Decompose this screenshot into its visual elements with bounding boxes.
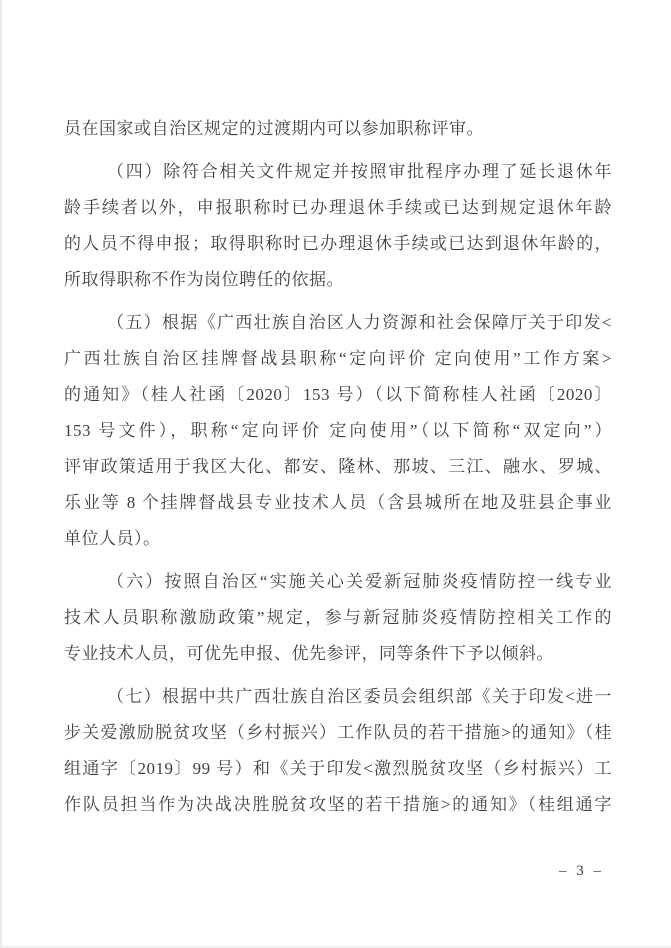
document-line: 所取得职称不作为岗位聘任的依据。	[64, 262, 612, 298]
paragraph-item-7: （七）根据中共广西壮族自治区委员会组织部《关于印发<进一 步关爱激励脱贫攻坚（乡…	[64, 679, 612, 823]
document-line: 153 号文件），职称“定向评价 定向使用”（以下简称“双定向”）	[64, 413, 612, 449]
document-line: 广西壮族自治区挂牌督战县职称“定向评价 定向使用”工作方案>	[64, 341, 612, 377]
document-line: 的通知》（桂人社函〔2020〕153 号）（以下简称桂人社函〔2020〕	[64, 377, 612, 413]
document-line: （七）根据中共广西壮族自治区委员会组织部《关于印发<进一	[64, 679, 612, 715]
scan-edge-artifact	[0, 0, 4, 948]
document-line: 乐业等 8 个挂牌督战县专业技术人员（含县城所在地及驻县企事业	[64, 485, 612, 521]
document-line: 作队员担当作为决战决胜脱贫攻坚的若干措施>的通知》（桂组通字	[64, 787, 612, 823]
document-page: 员在国家或自治区规定的过渡期内可以参加职称评审。 （四）除符合相关文件规定并按照…	[0, 0, 671, 948]
page-number: – 3 –	[559, 863, 604, 880]
document-line: 技术人员职称激励政策”规定，参与新冠肺炎疫情防控相关工作的	[64, 600, 612, 636]
document-line: 步关爱激励脱贫攻坚（乡村振兴）工作队员的若干措施>的通知》（桂	[64, 715, 612, 751]
document-line: 员在国家或自治区规定的过渡期内可以参加职称评审。	[64, 111, 612, 147]
document-line: （四）除符合相关文件规定并按照审批程序办理了延长退休年	[64, 154, 612, 190]
document-body: 员在国家或自治区规定的过渡期内可以参加职称评审。 （四）除符合相关文件规定并按照…	[64, 111, 612, 823]
document-line: 龄手续者以外，申报职称时已办理退休手续或已达到规定退休年龄	[64, 190, 612, 226]
document-line: 的人员不得申报；取得职称时已办理退休手续或已达到退休年龄的，	[64, 226, 612, 262]
document-line: 单位人员）。	[64, 521, 612, 557]
paragraph-item-5: （五）根据《广西壮族自治区人力资源和社会保障厅关于印发< 广西壮族自治区挂牌督战…	[64, 305, 612, 557]
paragraph-continuation: 员在国家或自治区规定的过渡期内可以参加职称评审。	[64, 111, 612, 147]
document-line: （五）根据《广西壮族自治区人力资源和社会保障厅关于印发<	[64, 305, 612, 341]
paragraph-item-4: （四）除符合相关文件规定并按照审批程序办理了延长退休年 龄手续者以外，申报职称时…	[64, 154, 612, 298]
paragraph-item-6: （六）按照自治区“实施关心关爱新冠肺炎疫情防控一线专业 技术人员职称激励政策”规…	[64, 564, 612, 672]
document-line: 组通字〔2019〕99 号）和《关于印发<激烈脱贫攻坚（乡村振兴）工	[64, 751, 612, 787]
document-line: 评审政策适用于我区大化、都安、隆林、那坡、三江、融水、罗城、	[64, 449, 612, 485]
document-line: （六）按照自治区“实施关心关爱新冠肺炎疫情防控一线专业	[64, 564, 612, 600]
document-line: 专业技术人员，可优先申报、优先参评，同等条件下予以倾斜。	[64, 636, 612, 672]
